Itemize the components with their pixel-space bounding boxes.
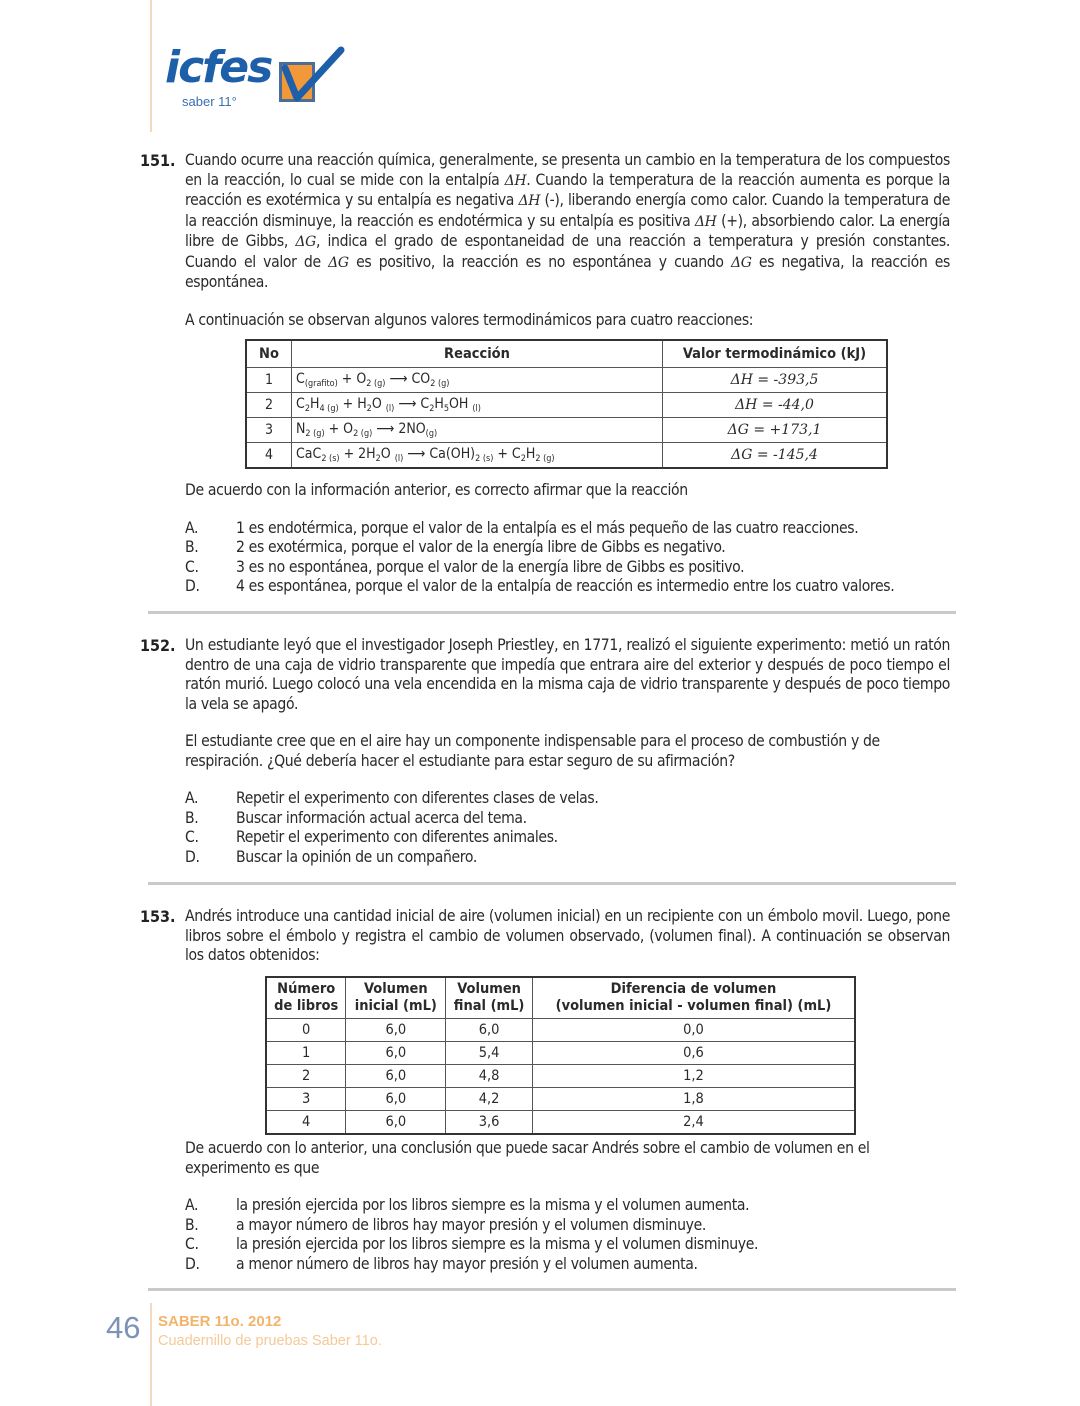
options-list: A.Repetir el experimento con diferentes … xyxy=(185,789,950,867)
reaction-cell: N2 (g) + O2 (g) ⟶ 2NO(g) xyxy=(292,418,663,443)
section-divider xyxy=(148,1288,956,1291)
table-cell: 4,2 xyxy=(446,1088,533,1111)
option-label: C. xyxy=(185,828,236,848)
row-number: 4 xyxy=(246,443,292,469)
table-cell: 1,2 xyxy=(532,1065,855,1088)
option-text: 1 es endotérmica, porque el valor de la … xyxy=(236,519,858,539)
option-b[interactable]: B.a mayor número de libros hay mayor pre… xyxy=(185,1216,950,1236)
option-b[interactable]: B.2 es exotérmica, porque el valor de la… xyxy=(185,538,950,558)
question-151-options: De acuerdo con la información anterior, … xyxy=(140,481,950,597)
value-cell: ΔG = +173,1 xyxy=(663,418,888,443)
options-list: A.la presión ejercida por los libros sie… xyxy=(185,1196,950,1274)
stem-text: es positivo, la reacción es no espontáne… xyxy=(349,253,731,271)
page-number: 46 xyxy=(106,1310,140,1346)
reaction-cell: CaC2 (s) + 2H2O (l) ⟶ Ca(OH)2 (s) + C2H2… xyxy=(292,443,663,469)
question-153: 153. Andrés introduce una cantidad inici… xyxy=(140,907,950,966)
delta-h-symbol: ΔH xyxy=(518,193,540,209)
question-prompt: De acuerdo con lo anterior, una conclusi… xyxy=(185,1139,950,1178)
option-text: la presión ejercida por los libros siemp… xyxy=(236,1196,749,1216)
question-stem: Andrés introduce una cantidad inicial de… xyxy=(185,907,950,966)
margin-rule-top xyxy=(150,0,152,132)
option-text: Repetir el experimento con diferentes an… xyxy=(236,828,558,848)
table-row: 3 N2 (g) + O2 (g) ⟶ 2NO(g) ΔG = +173,1 xyxy=(246,418,887,443)
option-text: 4 es espontánea, porque el valor de la e… xyxy=(236,577,894,597)
option-text: Buscar información actual acerca del tem… xyxy=(236,809,527,829)
thermo-table: No Reacción Valor termodinámico (kJ) 1 C… xyxy=(245,339,888,469)
option-label: C. xyxy=(185,1235,236,1255)
question-151: 151. Cuando ocurre una reacción química,… xyxy=(140,151,950,330)
table-cell: 0,6 xyxy=(532,1042,855,1065)
table-cell: 6,0 xyxy=(346,1111,446,1135)
option-text: 3 es no espontánea, porque el valor de l… xyxy=(236,558,744,578)
option-text: a menor número de libros hay mayor presi… xyxy=(236,1255,698,1275)
value-cell: ΔG = -145,4 xyxy=(663,443,888,469)
options-list: A.1 es endotérmica, porque el valor de l… xyxy=(185,519,950,597)
table-row: 06,06,00,0 xyxy=(266,1019,855,1042)
table-cell: 3,6 xyxy=(446,1111,533,1135)
option-text: la presión ejercida por los libros siemp… xyxy=(236,1235,758,1255)
table-header-row: No Reacción Valor termodinámico (kJ) xyxy=(246,340,887,368)
question-number: 151. xyxy=(140,151,176,171)
table-cell: 2,4 xyxy=(532,1111,855,1135)
question-prompt: El estudiante cree que en el aire hay un… xyxy=(185,732,950,771)
table-row: 2 C2H4 (g) + H2O (l) ⟶ C2H5OH (l) ΔH = -… xyxy=(246,393,887,418)
value-cell: ΔH = -393,5 xyxy=(663,368,888,393)
row-number: 2 xyxy=(246,393,292,418)
row-number: 1 xyxy=(246,368,292,393)
option-c[interactable]: C.3 es no espontánea, porque el valor de… xyxy=(185,558,950,578)
question-153-options: De acuerdo con lo anterior, una conclusi… xyxy=(140,1139,950,1274)
table-cell: 1,8 xyxy=(532,1088,855,1111)
section-divider xyxy=(148,611,956,614)
table-row: 16,05,40,6 xyxy=(266,1042,855,1065)
option-label: D. xyxy=(185,577,236,597)
footer-subtitle: Cuadernillo de pruebas Saber 11o. xyxy=(158,1333,382,1349)
option-label: A. xyxy=(185,789,236,809)
icfes-logo: icfes saber 11° xyxy=(165,46,345,116)
table-row: 4 CaC2 (s) + 2H2O (l) ⟶ Ca(OH)2 (s) + C2… xyxy=(246,443,887,469)
delta-h-symbol: ΔH xyxy=(505,173,527,189)
header-books: Númerode libros xyxy=(266,977,346,1019)
table-cell: 4 xyxy=(266,1111,346,1135)
question-stem: Cuando ocurre una reacción química, gene… xyxy=(185,151,950,293)
delta-g-symbol: ΔG xyxy=(328,255,349,271)
table-cell: 2 xyxy=(266,1065,346,1088)
table-cell: 6,0 xyxy=(446,1019,533,1042)
option-label: B. xyxy=(185,538,236,558)
reaction-cell: C(grafito) + O2 (g) ⟶ CO2 (g) xyxy=(292,368,663,393)
option-label: D. xyxy=(185,1255,236,1275)
row-number: 3 xyxy=(246,418,292,443)
footer-title: SABER 11o. 2012 xyxy=(158,1313,281,1330)
table-row: 36,04,21,8 xyxy=(266,1088,855,1111)
option-text: Buscar la opinión de un compañero. xyxy=(236,848,477,868)
option-label: B. xyxy=(185,1216,236,1236)
question-number: 153. xyxy=(140,907,176,927)
header-volume-difference: Diferencia de volumen(volumen inicial - … xyxy=(532,977,855,1019)
option-label: A. xyxy=(185,519,236,539)
delta-g-symbol: ΔG xyxy=(731,255,752,271)
table-cell: 0,0 xyxy=(532,1019,855,1042)
option-b[interactable]: B.Buscar información actual acerca del t… xyxy=(185,809,950,829)
logo-subtitle: saber 11° xyxy=(182,94,237,109)
table-cell: 6,0 xyxy=(346,1042,446,1065)
question-number: 152. xyxy=(140,636,176,656)
logo-wordmark: icfes xyxy=(165,42,271,93)
option-a[interactable]: A.Repetir el experimento con diferentes … xyxy=(185,789,950,809)
table-row: 1 C(grafito) + O2 (g) ⟶ CO2 (g) ΔH = -39… xyxy=(246,368,887,393)
option-text: 2 es exotérmica, porque el valor de la e… xyxy=(236,538,725,558)
table-cell: 4,8 xyxy=(446,1065,533,1088)
question-152: 152. Un estudiante leyó que el investiga… xyxy=(140,636,950,867)
table-body: 06,06,00,016,05,40,626,04,81,236,04,21,8… xyxy=(266,1019,855,1135)
header-final-volume: Volumenfinal (mL) xyxy=(446,977,533,1019)
value-cell: ΔH = -44,0 xyxy=(663,393,888,418)
option-text: a mayor número de libros hay mayor presi… xyxy=(236,1216,706,1236)
option-text: Repetir el experimento con diferentes cl… xyxy=(236,789,599,809)
option-label: B. xyxy=(185,809,236,829)
table-row: 46,03,62,4 xyxy=(266,1111,855,1135)
table-cell: 6,0 xyxy=(346,1019,446,1042)
reaction-cell: C2H4 (g) + H2O (l) ⟶ C2H5OH (l) xyxy=(292,393,663,418)
question-stem: Un estudiante leyó que el investigador J… xyxy=(185,636,950,714)
header-initial-volume: Volumeninicial (mL) xyxy=(346,977,446,1019)
option-c[interactable]: C.la presión ejercida por los libros sie… xyxy=(185,1235,950,1255)
option-d[interactable]: D.Buscar la opinión de un compañero. xyxy=(185,848,950,868)
table-cell: 3 xyxy=(266,1088,346,1111)
margin-rule-bottom xyxy=(150,1303,152,1406)
option-label: C. xyxy=(185,558,236,578)
volume-table: Númerode libros Volumeninicial (mL) Volu… xyxy=(265,976,856,1135)
checkmark-icon xyxy=(275,46,345,108)
table-row: 26,04,81,2 xyxy=(266,1065,855,1088)
option-label: A. xyxy=(185,1196,236,1216)
option-d[interactable]: D.a menor número de libros hay mayor pre… xyxy=(185,1255,950,1275)
question-prompt: De acuerdo con la información anterior, … xyxy=(185,481,950,501)
delta-g-symbol: ΔG xyxy=(295,234,316,250)
option-c[interactable]: C.Repetir el experimento con diferentes … xyxy=(185,828,950,848)
option-a[interactable]: A.1 es endotérmica, porque el valor de l… xyxy=(185,519,950,539)
header-no: No xyxy=(246,340,292,368)
option-a[interactable]: A.la presión ejercida por los libros sie… xyxy=(185,1196,950,1216)
header-value: Valor termodinámico (kJ) xyxy=(663,340,888,368)
delta-h-symbol: ΔH xyxy=(695,214,717,230)
table-cell: 6,0 xyxy=(346,1088,446,1111)
section-divider xyxy=(148,882,956,885)
table-cell: 0 xyxy=(266,1019,346,1042)
table-cell: 6,0 xyxy=(346,1065,446,1088)
header-reaction: Reacción xyxy=(292,340,663,368)
option-d[interactable]: D.4 es espontánea, porque el valor de la… xyxy=(185,577,950,597)
table-intro: A continuación se observan algunos valor… xyxy=(185,311,950,331)
table-cell: 5,4 xyxy=(446,1042,533,1065)
option-label: D. xyxy=(185,848,236,868)
table-header-row: Númerode libros Volumeninicial (mL) Volu… xyxy=(266,977,855,1019)
table-cell: 1 xyxy=(266,1042,346,1065)
